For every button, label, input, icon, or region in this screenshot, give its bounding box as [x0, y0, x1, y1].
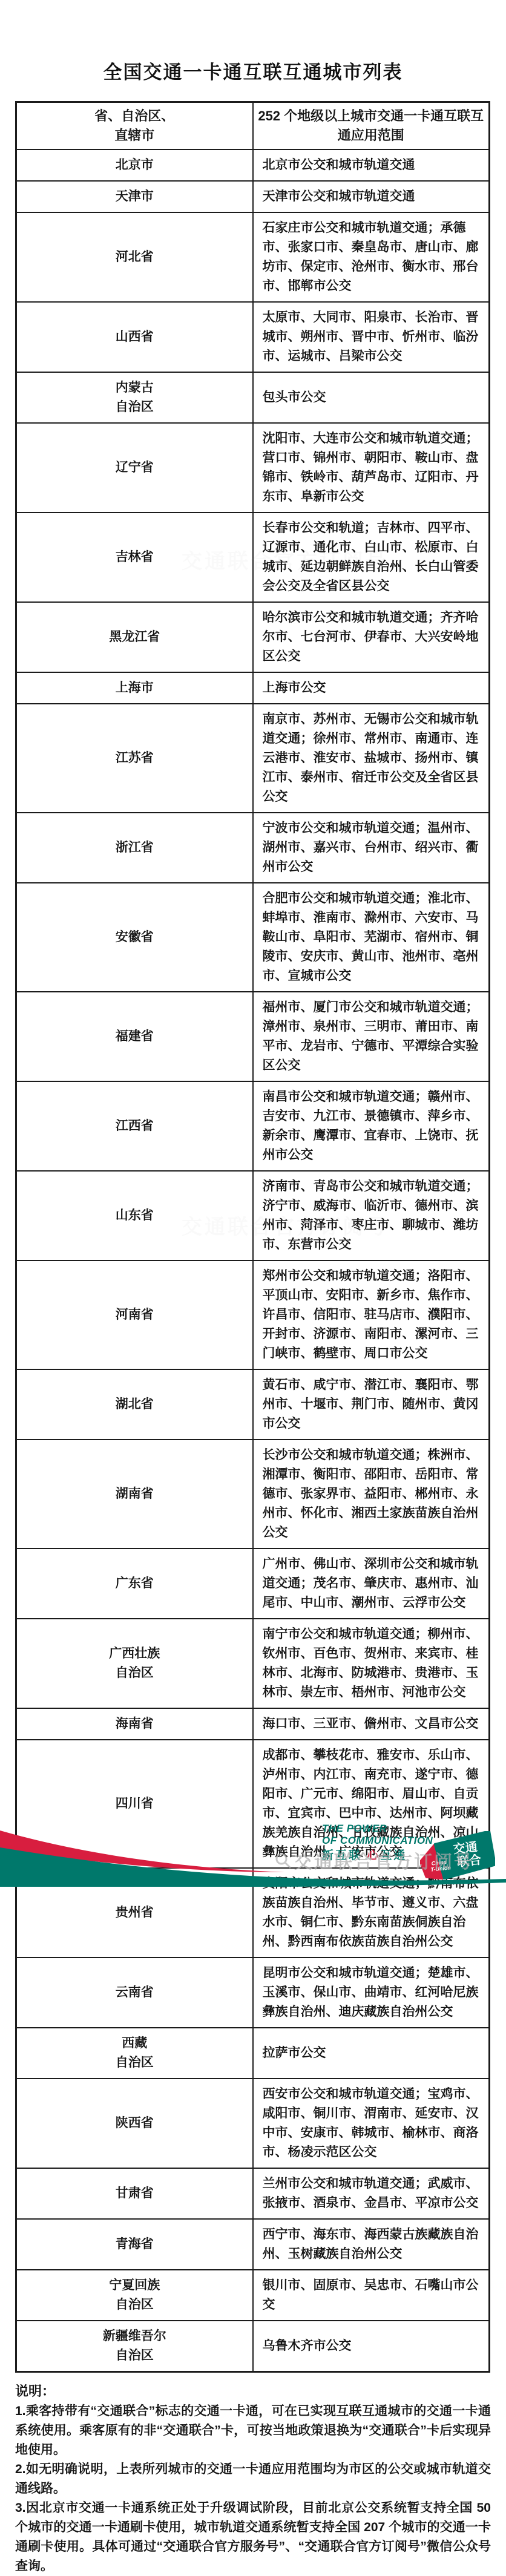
coverage-cell: 长沙市公交和城市轨道交通；株洲市、湘潭市、衡阳市、邵阳市、岳阳市、常德市、张家界… [253, 1440, 490, 1549]
coverage-cell: 南昌市公交和城市轨道交通；赣州市、吉安市、九江市、景德镇市、萍乡市、新余市、鹰潭… [253, 1081, 490, 1171]
coverage-cell: 南宁市公交和城市轨道交通；柳州市、钦州市、百色市、贺州市、来宾市、桂林市、北海市… [253, 1619, 490, 1708]
coverage-cell: 昆明市公交和城市轨道交通；楚雄市、玉溪市、保山市、曲靖市、红河哈尼族彝族自治州、… [253, 1958, 490, 2028]
province-cell: 湖北省 [16, 1369, 253, 1440]
province-cell: 海南省 [16, 1708, 253, 1740]
table-row: 浙江省 宁波市公交和城市轨道交通；温州市、湖州市、嘉兴市、台州市、绍兴市、衢州市… [16, 813, 490, 883]
province-cell: 陕西省 [16, 2079, 253, 2168]
coverage-cell: 西宁市、海东市、海西蒙古族藏族自治州、玉树藏族自治州公交 [253, 2219, 490, 2270]
coverage-cell: 拉萨市公交 [253, 2028, 490, 2079]
coverage-cell: 哈尔滨市公交和城市轨道交通；齐齐哈尔市、七台河市、伊春市、大兴安岭地区公交 [253, 602, 490, 672]
page: 全国交通一卡通互联互通城市列表 省、自治区、 直辖市 252 个地级以上城市交通… [0, 0, 506, 2576]
table-row: 江西省 南昌市公交和城市轨道交通；赣州市、吉安市、九江市、景德镇市、萍乡市、新余… [16, 1081, 490, 1171]
page-title: 全国交通一卡通互联互通城市列表 [0, 0, 506, 84]
coverage-cell: 广州市、佛山市、深圳市公交和城市轨道交通；茂名市、肇庆市、惠州市、汕尾市、中山市… [253, 1549, 490, 1619]
coverage-column-header: 252 个地级以上城市交通一卡通互联互通应用范围 [253, 102, 490, 150]
province-cell: 甘肃省 [16, 2168, 253, 2219]
province-cell: 山西省 [16, 302, 253, 372]
coverage-cell: 济南市、青岛市公交和城市轨道交通；济宁市、威海市、临沂市、德州市、滨州市、菏泽市… [253, 1171, 490, 1260]
province-cell: 广东省 [16, 1549, 253, 1619]
coverage-cell: 宁波市公交和城市轨道交通；温州市、湖州市、嘉兴市、台州市、绍兴市、衢州市公交 [253, 813, 490, 883]
province-cell: 贵州省 [16, 1868, 253, 1958]
table-row: 西藏 自治区 拉萨市公交 [16, 2028, 490, 2079]
table-row: 黑龙江省 哈尔滨市公交和城市轨道交通；齐齐哈尔市、七台河市、伊春市、大兴安岭地区… [16, 602, 490, 672]
province-cell: 宁夏回族 自治区 [16, 2270, 253, 2321]
watermark-text: 交通联合官方订阅号 [294, 1847, 474, 1873]
table-row: 福建省 福州市、厦门市公交和城市轨道交通；漳州市、泉州市、三明市、莆田市、南平市… [16, 992, 490, 1081]
slogan-en-line1: THE POWER [322, 1823, 433, 1835]
table-row: 陕西省 西安市公交和城市轨道交通；宝鸡市、咸阳市、铜川市、渭南市、延安市、汉中市… [16, 2079, 490, 2168]
table-header-row: 省、自治区、 直辖市 252 个地级以上城市交通一卡通互联互通应用范围 [16, 102, 490, 150]
table-row: 云南省 昆明市公交和城市轨道交通；楚雄市、玉溪市、保山市、曲靖市、红河哈尼族彝族… [16, 1958, 490, 2028]
province-column-header: 省、自治区、 直辖市 [16, 102, 253, 150]
table-row: 辽宁省 沈阳市、大连市公交和城市轨道交通；营口市、锦州市、朝阳市、鞍山市、盘锦市… [16, 423, 490, 513]
table-row: 河南省 郑州市公交和城市轨道交通；洛阳市、平顶山市、安阳市、新乡市、焦作市、许昌… [16, 1260, 490, 1369]
note-item-2: 2.如无明确说明，上表所列城市的交通一卡通应用范围均为市区的公交或城市轨道交通线… [15, 2460, 491, 2499]
coverage-cell: 天津市公交和城市轨道交通 [253, 181, 490, 212]
province-cell: 北京市 [16, 149, 253, 181]
table-row: 广西壮族 自治区 南宁市公交和城市轨道交通；柳州市、钦州市、百色市、贺州市、来宾… [16, 1619, 490, 1708]
table-row: 吉林省 长春市公交和轨道；吉林市、四平市、辽源市、通化市、白山市、松原市、白城市… [16, 513, 490, 602]
province-cell: 河南省 [16, 1260, 253, 1369]
province-cell: 西藏 自治区 [16, 2028, 253, 2079]
coverage-cell: 黄石市、咸宁市、潜江市、襄阳市、鄂州市、十堰市、荆门市、随州市、黄冈市公交 [253, 1369, 490, 1440]
coverage-cell: 石家庄市公交和城市轨道交通；承德市、张家口市、秦皇岛市、唐山市、廊坊市、保定市、… [253, 212, 490, 302]
coverage-cell: 包头市公交 [253, 372, 490, 423]
table-row: 安徽省 合肥市公交和城市轨道交通；淮北市、蚌埠市、淮南市、滁州市、六安市、马鞍山… [16, 883, 490, 992]
table-row: 广东省 广州市、佛山市、深圳市公交和城市轨道交通；茂名市、肇庆市、惠州市、汕尾市… [16, 1549, 490, 1619]
coverage-cell: 贵阳市公交和城市轨道交通；黔南布依族苗族自治州、毕节市、遵义市、六盘水市、铜仁市… [253, 1868, 490, 1958]
province-cell: 辽宁省 [16, 423, 253, 513]
table-row: 青海省 西宁市、海东市、海西蒙古族藏族自治州、玉树藏族自治州公交 [16, 2219, 490, 2270]
coverage-cell: 郑州市公交和城市轨道交通；洛阳市、平顶山市、安阳市、新乡市、焦作市、许昌市、信阳… [253, 1260, 490, 1369]
table-row: 甘肃省 兰州市公交和城市轨道交通；武威市、张掖市、酒泉市、金昌市、平凉市公交 [16, 2168, 490, 2219]
province-cell: 广西壮族 自治区 [16, 1619, 253, 1708]
table-row: 北京市 北京市公交和城市轨道交通 [16, 149, 490, 181]
province-cell: 四川省 [16, 1740, 253, 1868]
province-cell: 湖南省 [16, 1440, 253, 1549]
coverage-cell: 合肥市公交和城市轨道交通；淮北市、蚌埠市、淮南市、滁州市、六安市、马鞍山市、阜阳… [253, 883, 490, 992]
table-row: 江苏省 南京市、苏州市、无锡市公交和城市轨道交通；徐州市、常州市、南通市、连云港… [16, 704, 490, 813]
coverage-cell: 西安市公交和城市轨道交通；宝鸡市、咸阳市、铜川市、渭南市、延安市、汉中市、安康市… [253, 2079, 490, 2168]
province-cell: 青海省 [16, 2219, 253, 2270]
coverage-cell: 南京市、苏州市、无锡市公交和城市轨道交通；徐州市、常州市、南通市、连云港市、淮安… [253, 704, 490, 813]
table-row: 上海市 上海市公交 [16, 672, 490, 704]
coverage-cell: 兰州市公交和城市轨道交通；武威市、张掖市、酒泉市、金昌市、平凉市公交 [253, 2168, 490, 2219]
province-cell: 河北省 [16, 212, 253, 302]
table-row: 贵州省 贵阳市公交和城市轨道交通；黔南布依族苗族自治州、毕节市、遵义市、六盘水市… [16, 1868, 490, 1958]
province-cell: 上海市 [16, 672, 253, 704]
interconnection-city-table: 省、自治区、 直辖市 252 个地级以上城市交通一卡通互联互通应用范围 北京市 … [15, 101, 490, 2373]
coverage-cell: 太原市、大同市、阳泉市、长治市、晋城市、朔州市、晋中市、忻州市、临汾市、运城市、… [253, 302, 490, 372]
coverage-cell: 福州市、厦门市公交和城市轨道交通；漳州市、泉州市、三明市、莆田市、南平市、龙岩市… [253, 992, 490, 1081]
table-header: 省、自治区、 直辖市 252 个地级以上城市交通一卡通互联互通应用范围 [16, 102, 490, 150]
province-cell: 吉林省 [16, 513, 253, 602]
coverage-cell: 沈阳市、大连市公交和城市轨道交通；营口市、锦州市、朝阳市、鞍山市、盘锦市、铁岭市… [253, 423, 490, 513]
watermark: 交通联合官方订阅号 [274, 1847, 474, 1873]
province-cell: 江苏省 [16, 704, 253, 813]
table-row: 湖南省 长沙市公交和城市轨道交通；株洲市、湘潭市、衡阳市、邵阳市、岳阳市、常德市… [16, 1440, 490, 1549]
coverage-cell: 海口市、三亚市、儋州市、文昌市公交 [253, 1708, 490, 1740]
slogan-en-line2: OF COMMUNICATION [322, 1835, 433, 1847]
province-cell: 江西省 [16, 1081, 253, 1171]
table-row: 天津市 天津市公交和城市轨道交通 [16, 181, 490, 212]
province-cell: 云南省 [16, 1958, 253, 2028]
coverage-cell: 乌鲁木齐市公交 [253, 2321, 490, 2372]
coverage-cell: 北京市公交和城市轨道交通 [253, 149, 490, 181]
note-item-1: 1.乘客持带有“交通联合”标志的交通一卡通，可在已实现互联互通城市的交通一卡通系… [15, 2402, 491, 2460]
table-row: 河北省 石家庄市公交和城市轨道交通；承德市、张家口市、秦皇岛市、唐山市、廊坊市、… [16, 212, 490, 302]
province-cell: 山东省 [16, 1171, 253, 1260]
notes-section: 说明： 1.乘客持带有“交通联合”标志的交通一卡通，可在已实现互联互通城市的交通… [15, 2381, 491, 2576]
note-item-3: 3.因北京市交通一卡通系统正处于升级调试阶段，目前北京公交系统暂支持全国 50 … [15, 2499, 491, 2576]
table-row: 海南省 海口市、三亚市、儋州市、文昌市公交 [16, 1708, 490, 1740]
province-table-body: 北京市 北京市公交和城市轨道交通 天津市 天津市公交和城市轨道交通 河北省 石家… [16, 149, 490, 2372]
table-row: 山西省 太原市、大同市、阳泉市、长治市、晋城市、朔州市、晋中市、忻州市、临汾市、… [16, 302, 490, 372]
coverage-cell: 上海市公交 [253, 672, 490, 704]
province-cell: 安徽省 [16, 883, 253, 992]
province-cell: 黑龙江省 [16, 602, 253, 672]
province-cell: 浙江省 [16, 813, 253, 883]
province-cell: 天津市 [16, 181, 253, 212]
coverage-cell: 长春市公交和轨道；吉林市、四平市、辽源市、通化市、白山市、松原市、白城市、延边朝… [253, 513, 490, 602]
province-cell: 福建省 [16, 992, 253, 1081]
table-row: 湖北省 黄石市、咸宁市、潜江市、襄阳市、鄂州市、十堰市、荆门市、随州市、黄冈市公… [16, 1369, 490, 1440]
table-row: 内蒙古 自治区 包头市公交 [16, 372, 490, 423]
table-row: 新疆维吾尔 自治区 乌鲁木齐市公交 [16, 2321, 490, 2372]
notes-heading: 说明： [15, 2381, 491, 2402]
province-cell: 新疆维吾尔 自治区 [16, 2321, 253, 2372]
table-row: 宁夏回族 自治区 银川市、固原市、吴忠市、石嘴山市公交 [16, 2270, 490, 2321]
coverage-cell: 银川市、固原市、吴忠市、石嘴山市公交 [253, 2270, 490, 2321]
table-row: 山东省 济南市、青岛市公交和城市轨道交通；济宁市、威海市、临沂市、德州市、滨州市… [16, 1171, 490, 1260]
province-cell: 内蒙古 自治区 [16, 372, 253, 423]
magnifier-icon [274, 1851, 292, 1869]
